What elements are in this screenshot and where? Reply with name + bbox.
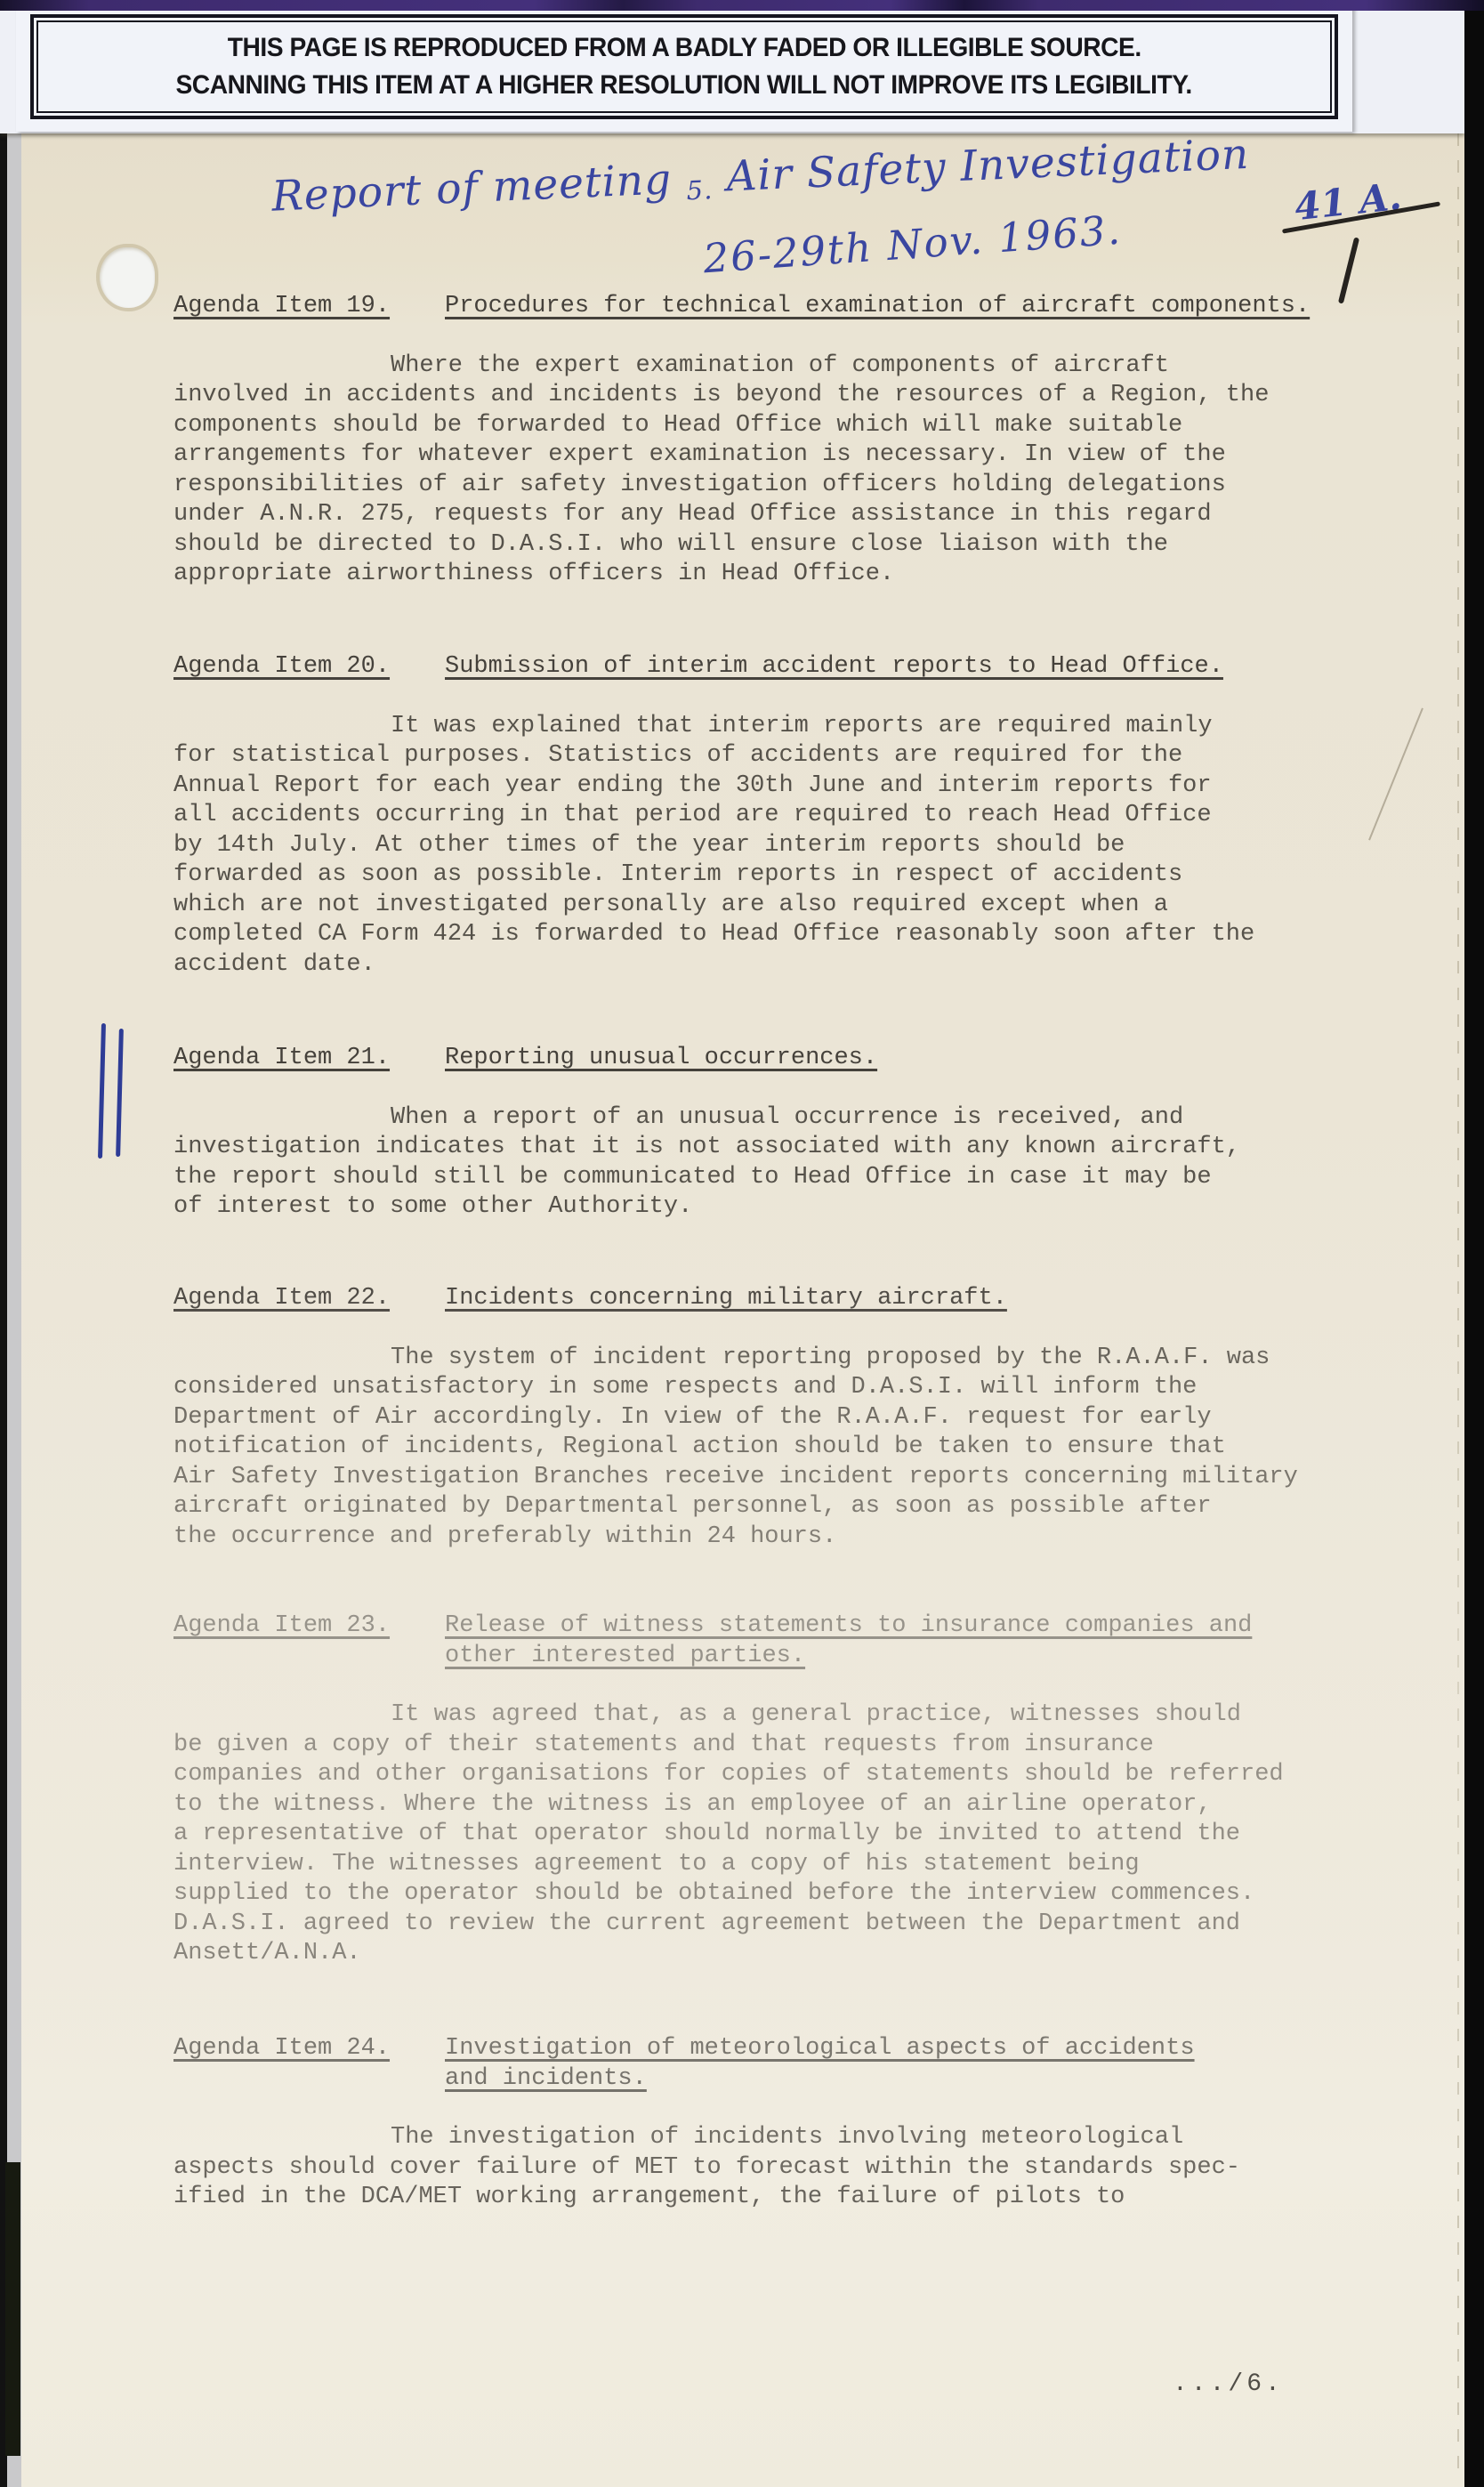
agenda-item-21-text: When a report of an unusual occurrence i… [173,1103,1321,1223]
agenda-item-21-title: Reporting unusual occurrences. [445,1044,877,1074]
agenda-item-19-text: Where the expert examination of componen… [173,351,1321,590]
agenda-item-23-label: Agenda Item 23. [173,1611,445,1642]
margin-line [116,1029,124,1157]
agenda-item-23-title: Release of witness statements to insuran… [445,1611,1252,1671]
agenda-item-20: Agenda Item 20. Submission of interim ac… [173,652,1321,980]
agenda-item-24: Agenda Item 24. Investigation of meteoro… [173,2034,1321,2213]
agenda-item-21-label: Agenda Item 21. [173,1044,445,1074]
agenda-item-20-heading: Agenda Item 20. Submission of interim ac… [173,652,1321,682]
agenda-item-24-title: Investigation of meteorological aspects … [445,2034,1195,2094]
legibility-notice-frame: THIS PAGE IS REPRODUCED FROM A BADLY FAD… [30,14,1338,119]
agenda-item-22-label: Agenda Item 22. [173,1284,445,1314]
notice-line-2: SCANNING THIS ITEM AT A HIGHER RESOLUTIO… [176,67,1192,104]
scan-edge-left-shadow [5,2162,20,2456]
agenda-item-20-label: Agenda Item 20. [173,652,445,682]
agenda-item-19-heading: Agenda Item 19. Procedures for technical… [173,292,1321,322]
margin-line [98,1023,106,1159]
notice-line-1: THIS PAGE IS REPRODUCED FROM A BADLY FAD… [228,29,1141,67]
agenda-item-19-label: Agenda Item 19. [173,292,445,322]
handwritten-meeting-number: 5. [686,174,714,206]
agenda-item-22: Agenda Item 22. Incidents concerning mil… [173,1284,1321,1552]
agenda-item-20-title: Submission of interim accident reports t… [445,652,1223,682]
scan-edge-right [1464,0,1484,2487]
agenda-item-23-heading: Agenda Item 23. Release of witness state… [173,1611,1321,1671]
agenda-item-19-title: Procedures for technical examination of … [445,292,1310,322]
scan-edge-left [0,0,21,2487]
agenda-item-22-text: The system of incident reporting propose… [173,1344,1321,1553]
page-continuation-mark: .../6. [1173,2370,1284,2398]
banner-sheet: THIS PAGE IS REPRODUCED FROM A BADLY FAD… [0,0,1464,133]
agenda-item-21: Agenda Item 21. Reporting unusual occurr… [173,1044,1321,1223]
agenda-item-19: Agenda Item 19. Procedures for technical… [173,292,1321,590]
scan-edge-top [0,0,1484,11]
agenda-item-24-text: The investigation of incidents involving… [173,2123,1321,2213]
agenda-item-22-title: Incidents concerning military aircraft. [445,1284,1007,1314]
agenda-item-24-label: Agenda Item 24. [173,2034,445,2064]
agenda-item-23: Agenda Item 23. Release of witness state… [173,1611,1321,1969]
agenda-item-23-text: It was agreed that, as a general practic… [173,1700,1321,1969]
agenda-item-24-heading: Agenda Item 24. Investigation of meteoro… [173,2034,1321,2094]
punch-hole [100,247,155,308]
legibility-notice-card: THIS PAGE IS REPRODUCED FROM A BADLY FAD… [16,4,1352,132]
agenda-item-20-text: It was explained that interim reports ar… [173,712,1321,981]
margin-emphasis-marks [96,1023,132,1166]
legibility-notice: THIS PAGE IS REPRODUCED FROM A BADLY FAD… [36,20,1332,113]
agenda-item-22-heading: Agenda Item 22. Incidents concerning mil… [173,1284,1321,1314]
agenda-item-21-heading: Agenda Item 21. Reporting unusual occurr… [173,1044,1321,1074]
paper-crease-line [1457,133,1459,2483]
